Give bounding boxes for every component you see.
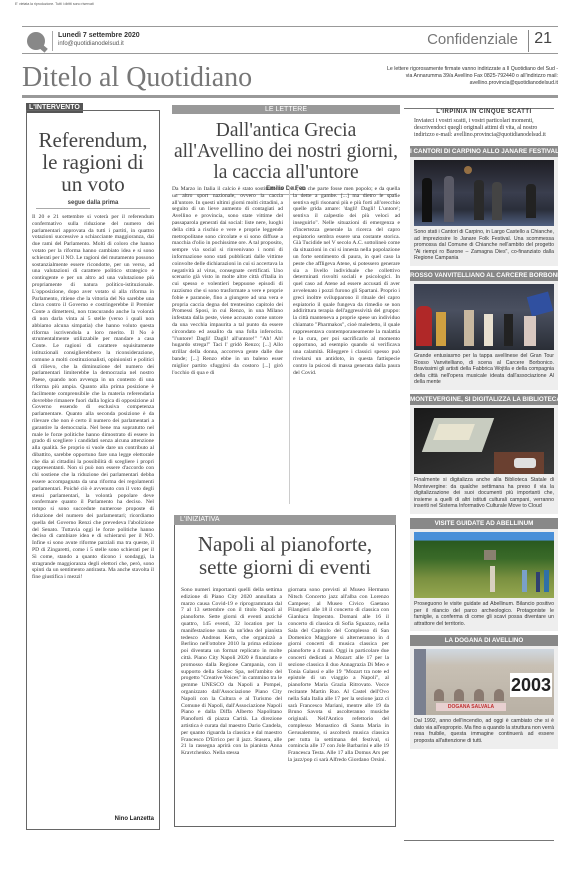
photo-card-title: LA DOGANA DI AVELLINO — [410, 635, 558, 646]
photo-card: I CANTORI DI CARPINO ALLO JANARE FESTIVA… — [410, 146, 558, 266]
copyright-notice: E' vietata la riproduzione. Tutti i diri… — [15, 2, 94, 6]
intervento-article: Referendum, le ragioni di un voto segue … — [26, 110, 160, 830]
header-email[interactable]: info@quotidianodelsud.it — [58, 41, 124, 47]
iniziativa-body-col2: giornata sono previsti al Museo Hermann … — [288, 587, 389, 832]
photo-card: LA DOGANA DI AVELLINO DOGANA SALVALA 200… — [410, 635, 558, 748]
title-rule — [22, 95, 558, 98]
lettere-title: Dall'antica Grecia all'Avellino dei nost… — [172, 120, 400, 183]
iniziativa-article: L'INIZIATIVA Napoli al pianoforte, sette… — [174, 515, 396, 827]
iniziativa-tag: L'INIZIATIVA — [174, 515, 396, 525]
issue-date: Lunedì 7 settembre 2020 — [58, 32, 140, 39]
lettere-body: Da Marzo in Italia il calcio è stato sos… — [172, 186, 400, 504]
intervento-body: Il 20 e 21 settembre si voterà per il re… — [32, 214, 154, 814]
lettere-body-col1: Da Marzo in Italia il calcio è stato sos… — [172, 186, 283, 504]
photo-rosso-vanvitelliano — [414, 284, 554, 350]
lettere-tag: LE LETTERE — [172, 105, 400, 114]
intervento-subtitle: segue dalla prima — [36, 200, 150, 209]
lettere-body-col2: là, da che parte fosse men popolo; e da … — [289, 186, 400, 504]
page-header: Lunedì 7 settembre 2020 info@quotidianod… — [22, 26, 558, 54]
irpinia-intro: Inviateci i vostri scatti, i vostri part… — [410, 115, 558, 142]
photo-card: VISITE GUIDATE AD ABELLINUM Proseguono l… — [410, 518, 558, 631]
header-divider-2 — [528, 30, 529, 52]
photo-card-title: I CANTORI DI CARPINO ALLO JANARE FESTIVA… — [410, 146, 558, 157]
photo-card-caption: Proseguono le visite guidate ad Abellinu… — [410, 601, 558, 627]
section-name: Confidenziale — [427, 31, 518, 48]
photo-card-title: MONTEVERGINE, SI DIGITALIZZA LA BIBLIOTE… — [410, 394, 558, 405]
page-title: Ditelo al Quotidiano — [22, 62, 252, 94]
dogana-banner: DOGANA SALVALA — [436, 703, 506, 711]
year-label: 2003 — [510, 673, 552, 697]
photo-card-caption: Finalmente si digitalizza anche alla Bib… — [410, 477, 558, 510]
submission-instructions: Le lettere rigorosamente firmate vanno i… — [382, 66, 558, 87]
photo-card-caption: Sono stati i Cantori di Carpino, in Larg… — [410, 229, 558, 262]
photo-biblioteca — [414, 408, 554, 474]
photo-card: ROSSO VANVITELLIANO AL CARCERE BORBONICO… — [410, 270, 558, 390]
photo-card: MONTEVERGINE, SI DIGITALIZZA LA BIBLIOTE… — [410, 394, 558, 514]
intervento-title: Referendum, le ragioni di un voto — [32, 129, 154, 195]
photo-abellinum — [414, 532, 554, 598]
newspaper-logo-icon — [27, 32, 45, 50]
irpinia-section: L'IRPINIA IN CINQUE SCATTI Inviateci i v… — [410, 106, 558, 844]
page-number: 21 — [534, 30, 552, 48]
iniziativa-title: Napoli al pianoforte, sette giorni di ev… — [181, 533, 389, 579]
photo-card-caption: Dal 1992, anno dell'incendio, ad oggi è … — [410, 718, 558, 744]
photo-card-title: VISITE GUIDATE AD ABELLINUM — [410, 518, 558, 529]
photo-card-title: ROSSO VANVITELLIANO AL CARCERE BORBONICO — [410, 270, 558, 281]
photo-card-caption: Grande entusiasmo per la tappa avellines… — [410, 353, 558, 386]
header-divider — [52, 31, 53, 51]
iniziativa-body-col1: Sono numeri importanti quelli della sett… — [181, 587, 282, 832]
photo-cantori — [414, 160, 554, 226]
intervento-author: Nino Lanzetta — [32, 816, 154, 822]
photo-dogana: DOGANA SALVALA 2003 — [414, 649, 554, 715]
